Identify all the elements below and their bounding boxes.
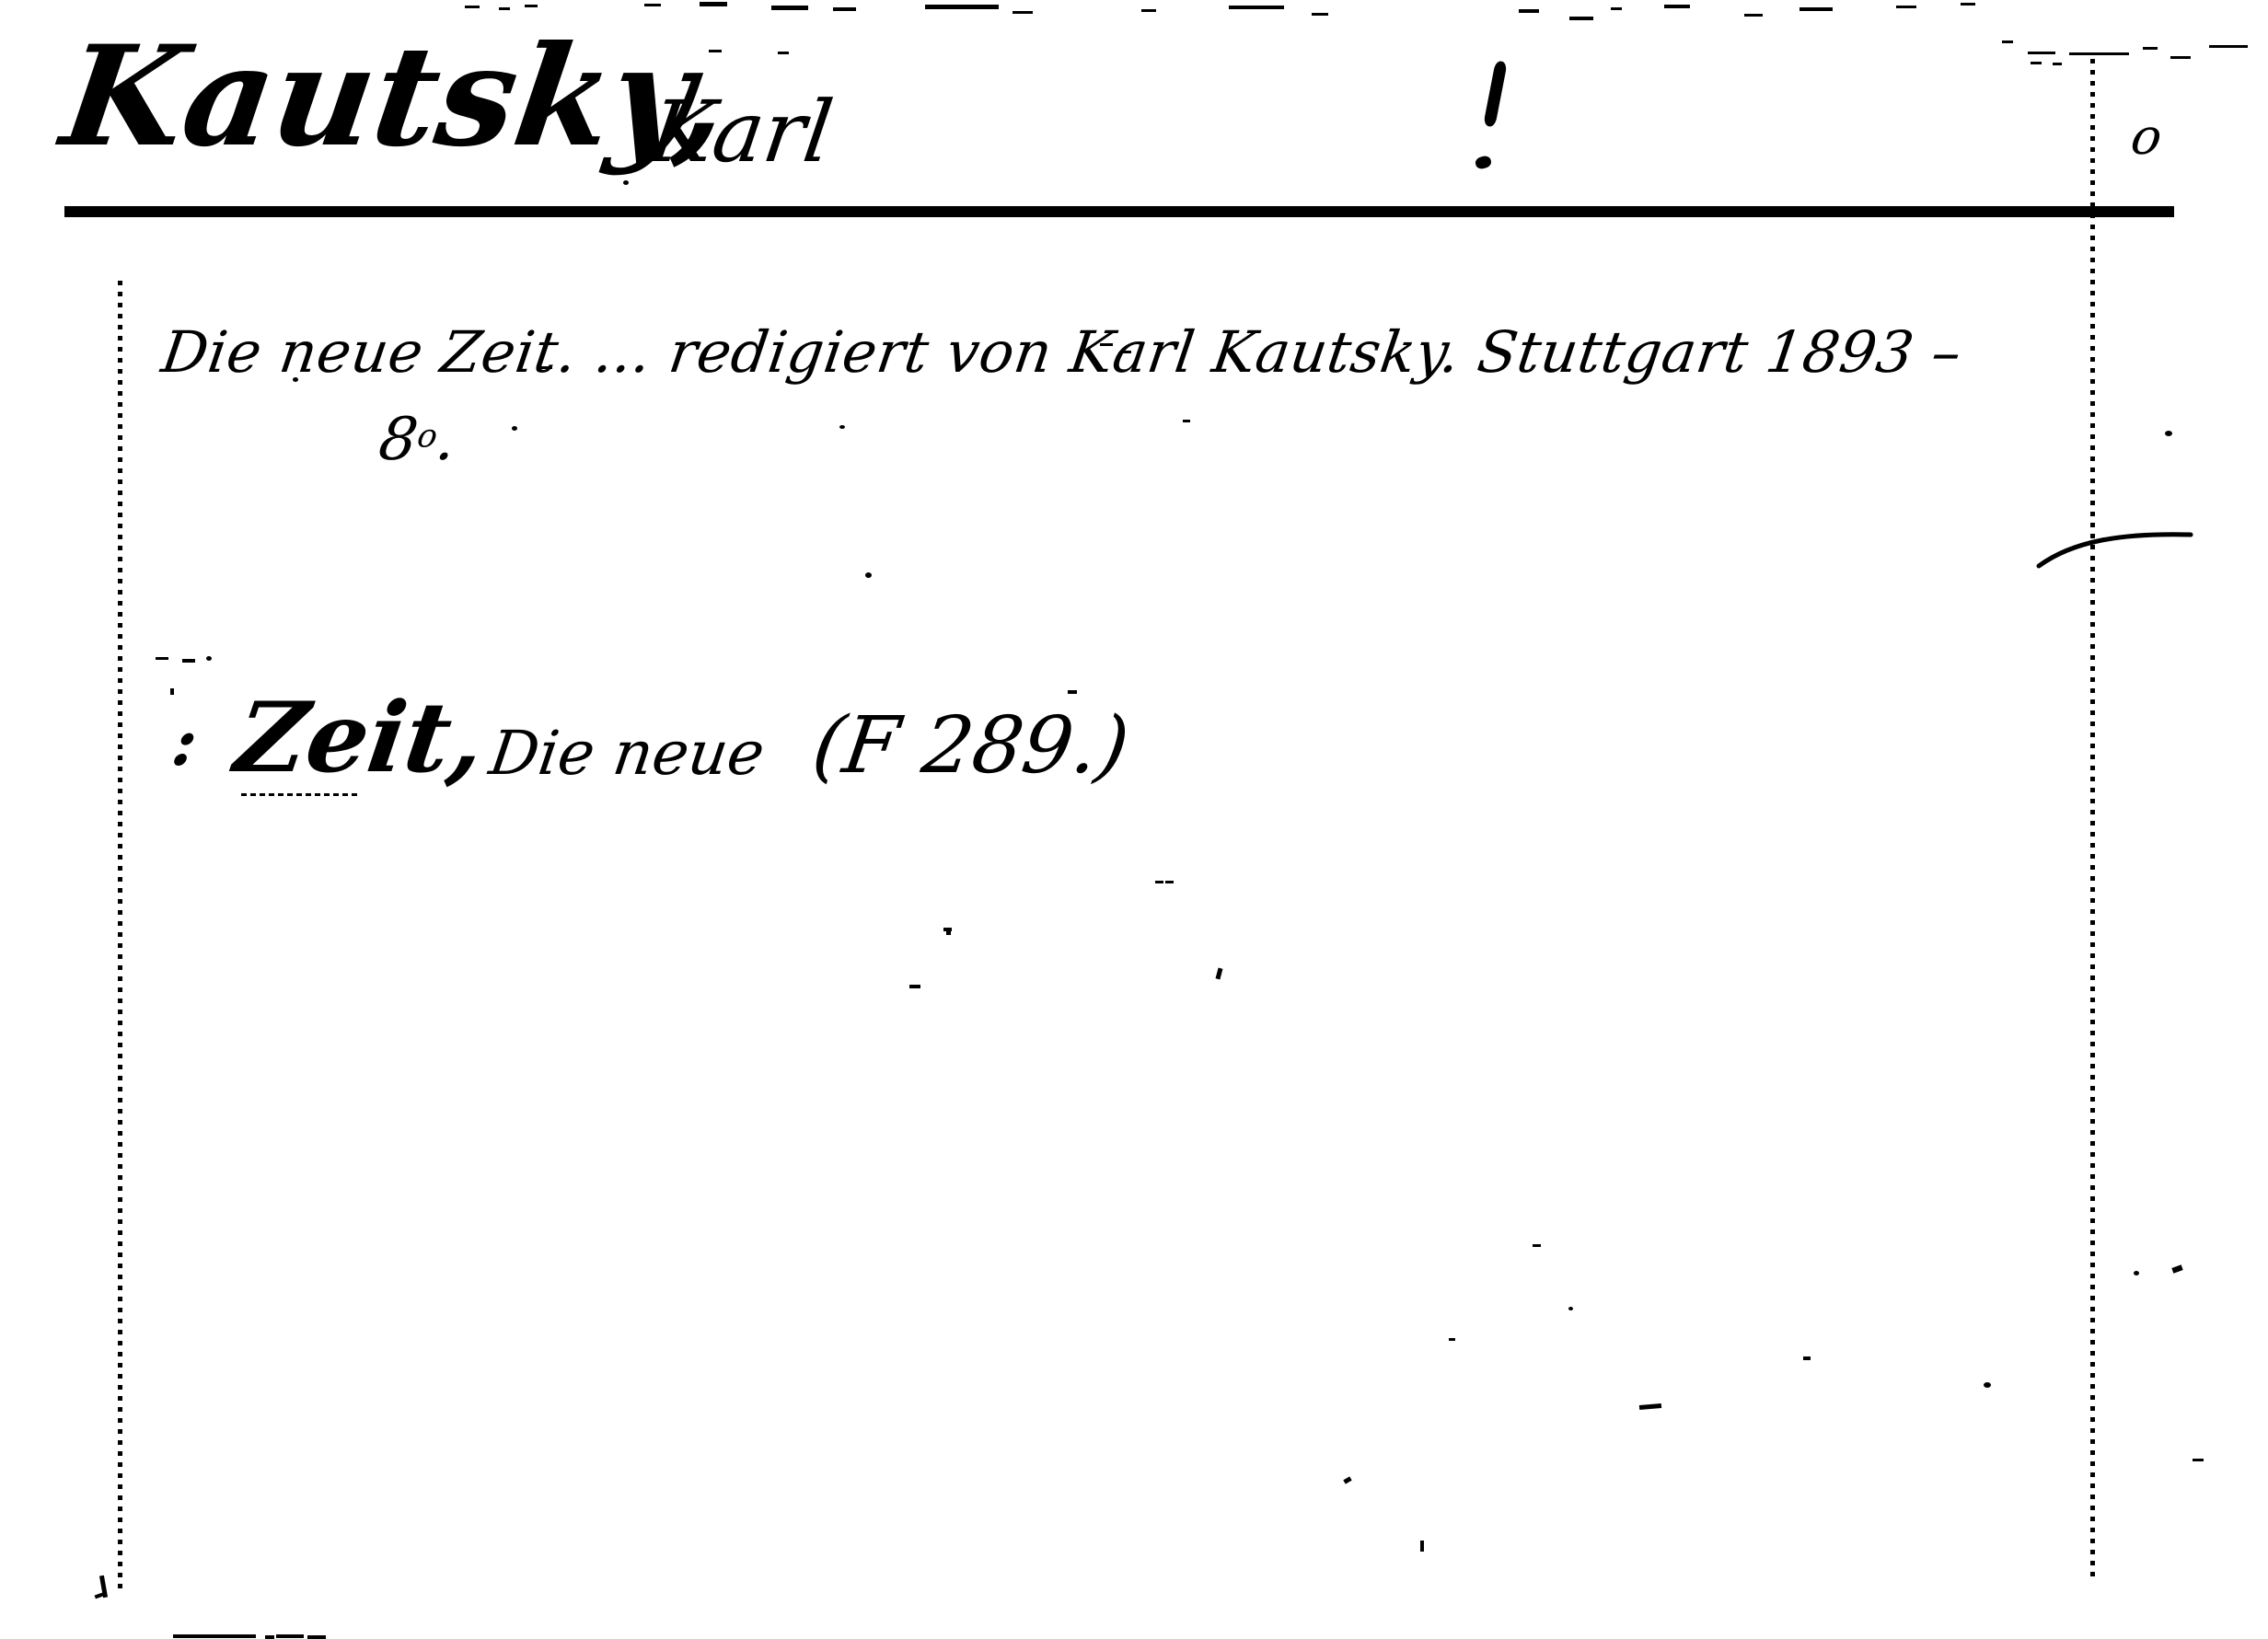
noise-mark — [709, 50, 722, 52]
noise-mark — [206, 656, 212, 661]
noise-mark — [1312, 13, 1328, 16]
subject-colon: : — [168, 710, 202, 775]
heading-forename: Karl — [644, 90, 838, 175]
exclamation-mark-dot — [1475, 155, 1493, 170]
noise-mark — [1664, 5, 1690, 8]
noise-mark — [173, 1634, 256, 1638]
noise-mark — [1155, 881, 1163, 883]
noise-mark — [1012, 11, 1033, 14]
noise-mark — [1639, 1403, 1661, 1410]
noise-mark — [95, 1593, 104, 1599]
noise-mark — [2053, 63, 2062, 65]
noise-mark — [1343, 1476, 1351, 1483]
noise-mark — [1896, 6, 1916, 8]
noise-mark — [1799, 7, 1833, 11]
right-margin-dotted-line — [2090, 59, 2095, 1577]
subject-qualifier: Die neue — [486, 723, 768, 784]
subject-shelfmark: (F 289.) — [808, 707, 1134, 785]
noise-mark — [541, 366, 552, 369]
noise-mark — [865, 572, 872, 578]
noise-mark — [1803, 1356, 1811, 1360]
noise-mark — [512, 426, 517, 431]
noise-mark — [1068, 690, 1077, 694]
exclamation-mark-bar — [1483, 60, 1507, 127]
subject-main-heading: Zeit, — [230, 689, 491, 786]
noise-mark — [1533, 1244, 1541, 1247]
noise-mark — [2143, 47, 2158, 50]
noise-mark — [1744, 14, 1763, 17]
noise-mark — [909, 985, 920, 988]
noise-mark — [156, 657, 168, 660]
noise-mark — [1611, 7, 1622, 10]
heading-rule — [64, 206, 2174, 217]
noise-mark — [2002, 40, 2013, 43]
noise-mark — [499, 7, 510, 10]
noise-mark — [1100, 343, 1113, 346]
subject-underline — [241, 793, 357, 796]
noise-mark — [839, 425, 845, 429]
noise-mark — [623, 180, 629, 185]
noise-mark — [925, 5, 999, 9]
noise-mark — [2209, 45, 2248, 48]
noise-mark — [2031, 62, 2042, 64]
title-line: Die neue Zeit. ... redigiert von Karl Ka… — [158, 324, 1965, 381]
noise-mark — [1961, 3, 1975, 6]
noise-mark — [2171, 1264, 2182, 1273]
format-line: 8o. — [376, 410, 459, 469]
noise-mark — [1568, 1307, 1573, 1310]
noise-mark — [2170, 56, 2191, 59]
noise-mark — [700, 2, 727, 6]
noise-mark — [465, 6, 480, 8]
noise-mark — [276, 1634, 304, 1638]
format-period: . — [432, 406, 460, 474]
noise-mark — [1183, 420, 1190, 422]
noise-mark — [1122, 351, 1131, 353]
noise-mark — [644, 4, 661, 6]
noise-mark — [2193, 1459, 2204, 1461]
noise-mark — [946, 931, 951, 935]
left-margin-dotted-line — [118, 281, 122, 1593]
noise-mark — [2134, 1271, 2139, 1275]
noise-mark — [307, 1635, 326, 1639]
stray-pen-stroke — [2036, 526, 2198, 571]
noise-mark — [170, 688, 174, 695]
noise-mark — [833, 7, 856, 11]
noise-mark — [1569, 17, 1593, 20]
noise-mark — [771, 6, 808, 10]
noise-mark — [1216, 968, 1223, 980]
noise-mark — [2165, 431, 2172, 436]
noise-mark — [1449, 1338, 1455, 1341]
heading-surname: Kautsky, — [55, 28, 736, 166]
noise-mark — [525, 5, 538, 7]
catalog-card-scan: Kautsky, Karl o Die neue Zeit. ... redig… — [0, 0, 2268, 1639]
noise-mark — [265, 1635, 274, 1639]
noise-mark — [293, 377, 298, 382]
noise-mark — [1984, 1382, 1991, 1388]
format-number: 8 — [375, 406, 422, 474]
noise-mark — [182, 659, 195, 663]
margin-note-o: o — [2128, 112, 2165, 162]
noise-mark — [2028, 52, 2055, 54]
noise-mark — [1165, 881, 1174, 883]
noise-mark — [1420, 1541, 1424, 1552]
noise-mark — [778, 52, 789, 54]
noise-mark — [1141, 9, 1156, 12]
noise-mark — [1229, 6, 1284, 9]
noise-mark — [1519, 9, 1539, 13]
noise-mark — [2069, 52, 2129, 55]
